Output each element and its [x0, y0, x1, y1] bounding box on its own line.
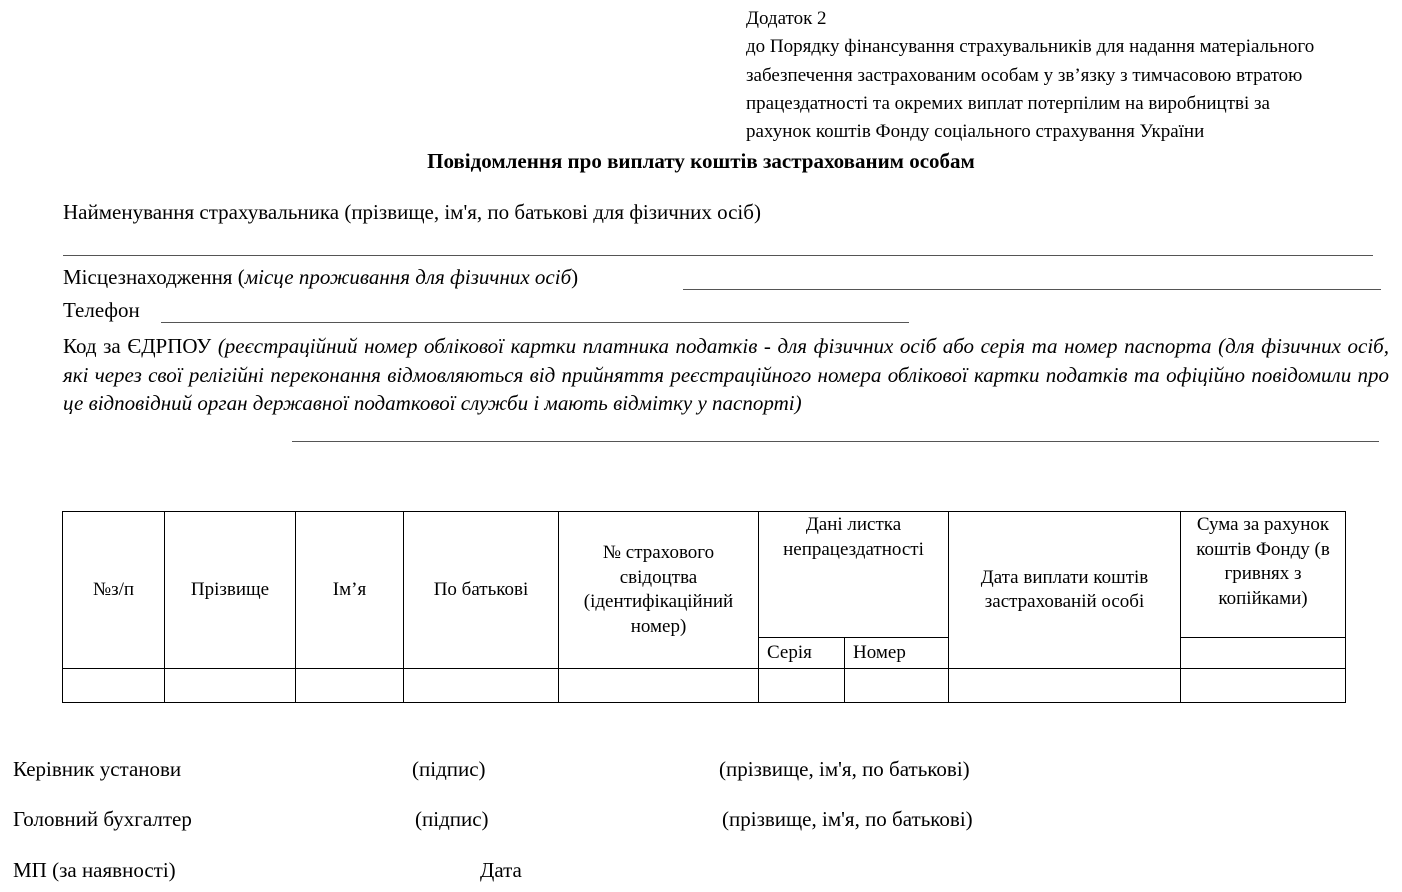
- subheader-amount-empty: [1181, 638, 1346, 669]
- annex-header: Додаток 2 до Порядку фінансування страху…: [746, 5, 1314, 146]
- cell-series[interactable]: [759, 669, 845, 703]
- annex-line: рахунок коштів Фонду соціального страхув…: [746, 118, 1314, 146]
- head-signature: (підпис): [412, 757, 486, 782]
- subheader-series: Серія: [759, 638, 845, 669]
- cell-number[interactable]: [845, 669, 949, 703]
- accountant-signature: (підпис): [415, 807, 489, 832]
- table-header-row: №з/п Прізвище Ім’я По батькові № страхов…: [63, 512, 1346, 638]
- insurer-name-label: Найменування страхувальника (прізвище, і…: [63, 200, 761, 225]
- phone-field[interactable]: [161, 322, 909, 323]
- header-amount: Сума за рахунок коштів Фонду (в гривнях …: [1181, 512, 1346, 638]
- edrpou-label: Код за ЄДРПОУ: [63, 334, 211, 358]
- location-hint: місце проживання для фізичних осіб: [245, 265, 571, 289]
- cell-surname[interactable]: [165, 669, 296, 703]
- edrpou-block: Код за ЄДРПОУ (реєстраційний номер облік…: [63, 332, 1389, 418]
- header-num: №з/п: [63, 512, 165, 669]
- document-title: Повідомлення про виплату коштів застрахо…: [0, 149, 1402, 174]
- annex-line: Додаток 2: [746, 5, 1314, 33]
- accountant-label: Головний бухгалтер: [13, 807, 192, 832]
- date-label: Дата: [480, 858, 522, 883]
- head-full-name: (прізвище, ім'я, по батькові): [719, 757, 970, 782]
- annex-line: до Порядку фінансування страхувальників …: [746, 33, 1314, 61]
- head-label: Керівник установи: [13, 757, 181, 782]
- header-certificate: № страхового свідоцтва (ідентифікаційний…: [559, 512, 759, 669]
- subheader-number: Номер: [845, 638, 949, 669]
- phone-label: Телефон: [63, 298, 140, 323]
- cell-name[interactable]: [296, 669, 404, 703]
- cell-patronymic[interactable]: [404, 669, 559, 703]
- cell-num[interactable]: [63, 669, 165, 703]
- insurer-name-field[interactable]: [63, 255, 1373, 256]
- edrpou-field[interactable]: [292, 441, 1379, 442]
- cell-certificate[interactable]: [559, 669, 759, 703]
- header-sick-leave: Дані листка непрацездатності: [759, 512, 949, 638]
- edrpou-hint: (реєстраційний номер облікової картки пл…: [63, 334, 1389, 415]
- cell-amount[interactable]: [1181, 669, 1346, 703]
- header-patronymic: По батькові: [404, 512, 559, 669]
- seal-label: МП (за наявності): [13, 858, 176, 883]
- header-name: Ім’я: [296, 512, 404, 669]
- table-row: [63, 669, 1346, 703]
- annex-line: забезпечення застрахованим особам у зв’я…: [746, 62, 1314, 90]
- location-close: ): [571, 265, 578, 289]
- header-surname: Прізвище: [165, 512, 296, 669]
- payments-table: №з/п Прізвище Ім’я По батькові № страхов…: [62, 511, 1346, 703]
- cell-payment-date[interactable]: [949, 669, 1181, 703]
- location-label: Місцезнаходження (: [63, 265, 245, 289]
- header-payment-date: Дата виплати коштів застрахованій особі: [949, 512, 1181, 669]
- location-row: Місцезнаходження (місце проживання для ф…: [63, 265, 578, 290]
- location-field[interactable]: [683, 289, 1381, 290]
- accountant-full-name: (прізвище, ім'я, по батькові): [722, 807, 973, 832]
- annex-line: працездатності та окремих виплат потерпі…: [746, 90, 1314, 118]
